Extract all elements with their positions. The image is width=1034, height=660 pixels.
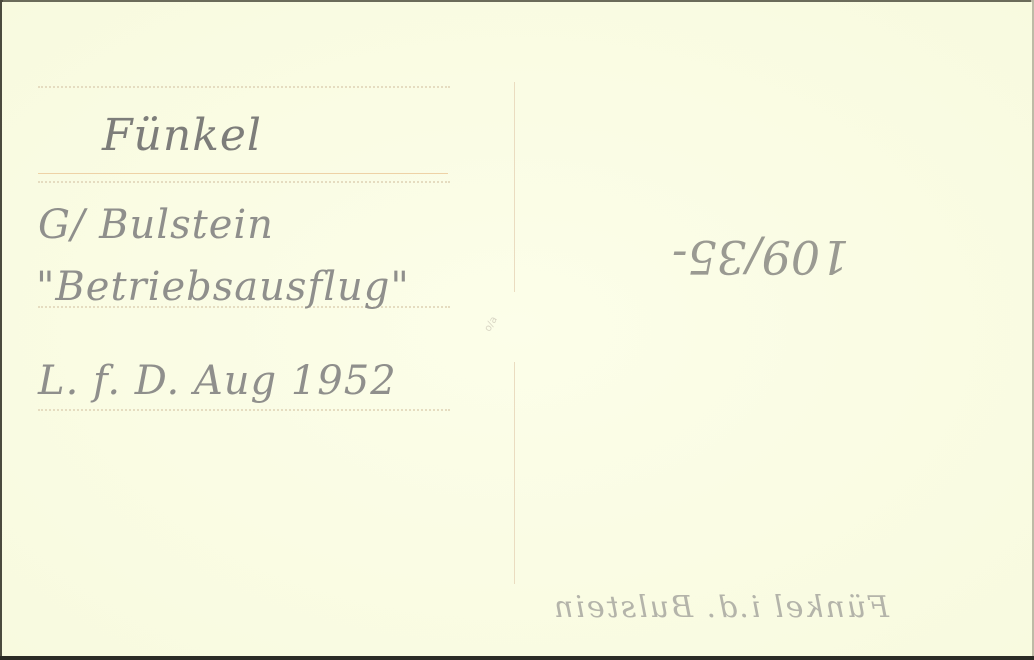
handwritten-name: Fünkel — [102, 110, 262, 161]
address-guide-line — [38, 86, 450, 88]
faint-stamp-mark: o/a — [483, 306, 548, 359]
address-guide-line — [38, 409, 450, 411]
center-divider-upper — [514, 82, 515, 292]
address-guide-line — [38, 181, 450, 183]
scan-edge-bottom — [0, 656, 1034, 660]
mirrored-bleed-through-text: Fünkel i.d. Bulstein — [552, 590, 889, 625]
postcard-back: o/a Fünkel G/ Bulstein "Betriebsausflug"… — [2, 2, 1032, 656]
center-divider-lower — [514, 362, 515, 584]
address-underline — [38, 173, 448, 174]
handwritten-line-2: G/ Bulstein — [38, 202, 274, 248]
handwritten-line-3: "Betriebsausflug" — [36, 264, 410, 310]
handwritten-date-line: L. f. D. Aug 1952 — [38, 358, 397, 404]
upside-down-reference-number: 109/35- — [672, 230, 849, 284]
